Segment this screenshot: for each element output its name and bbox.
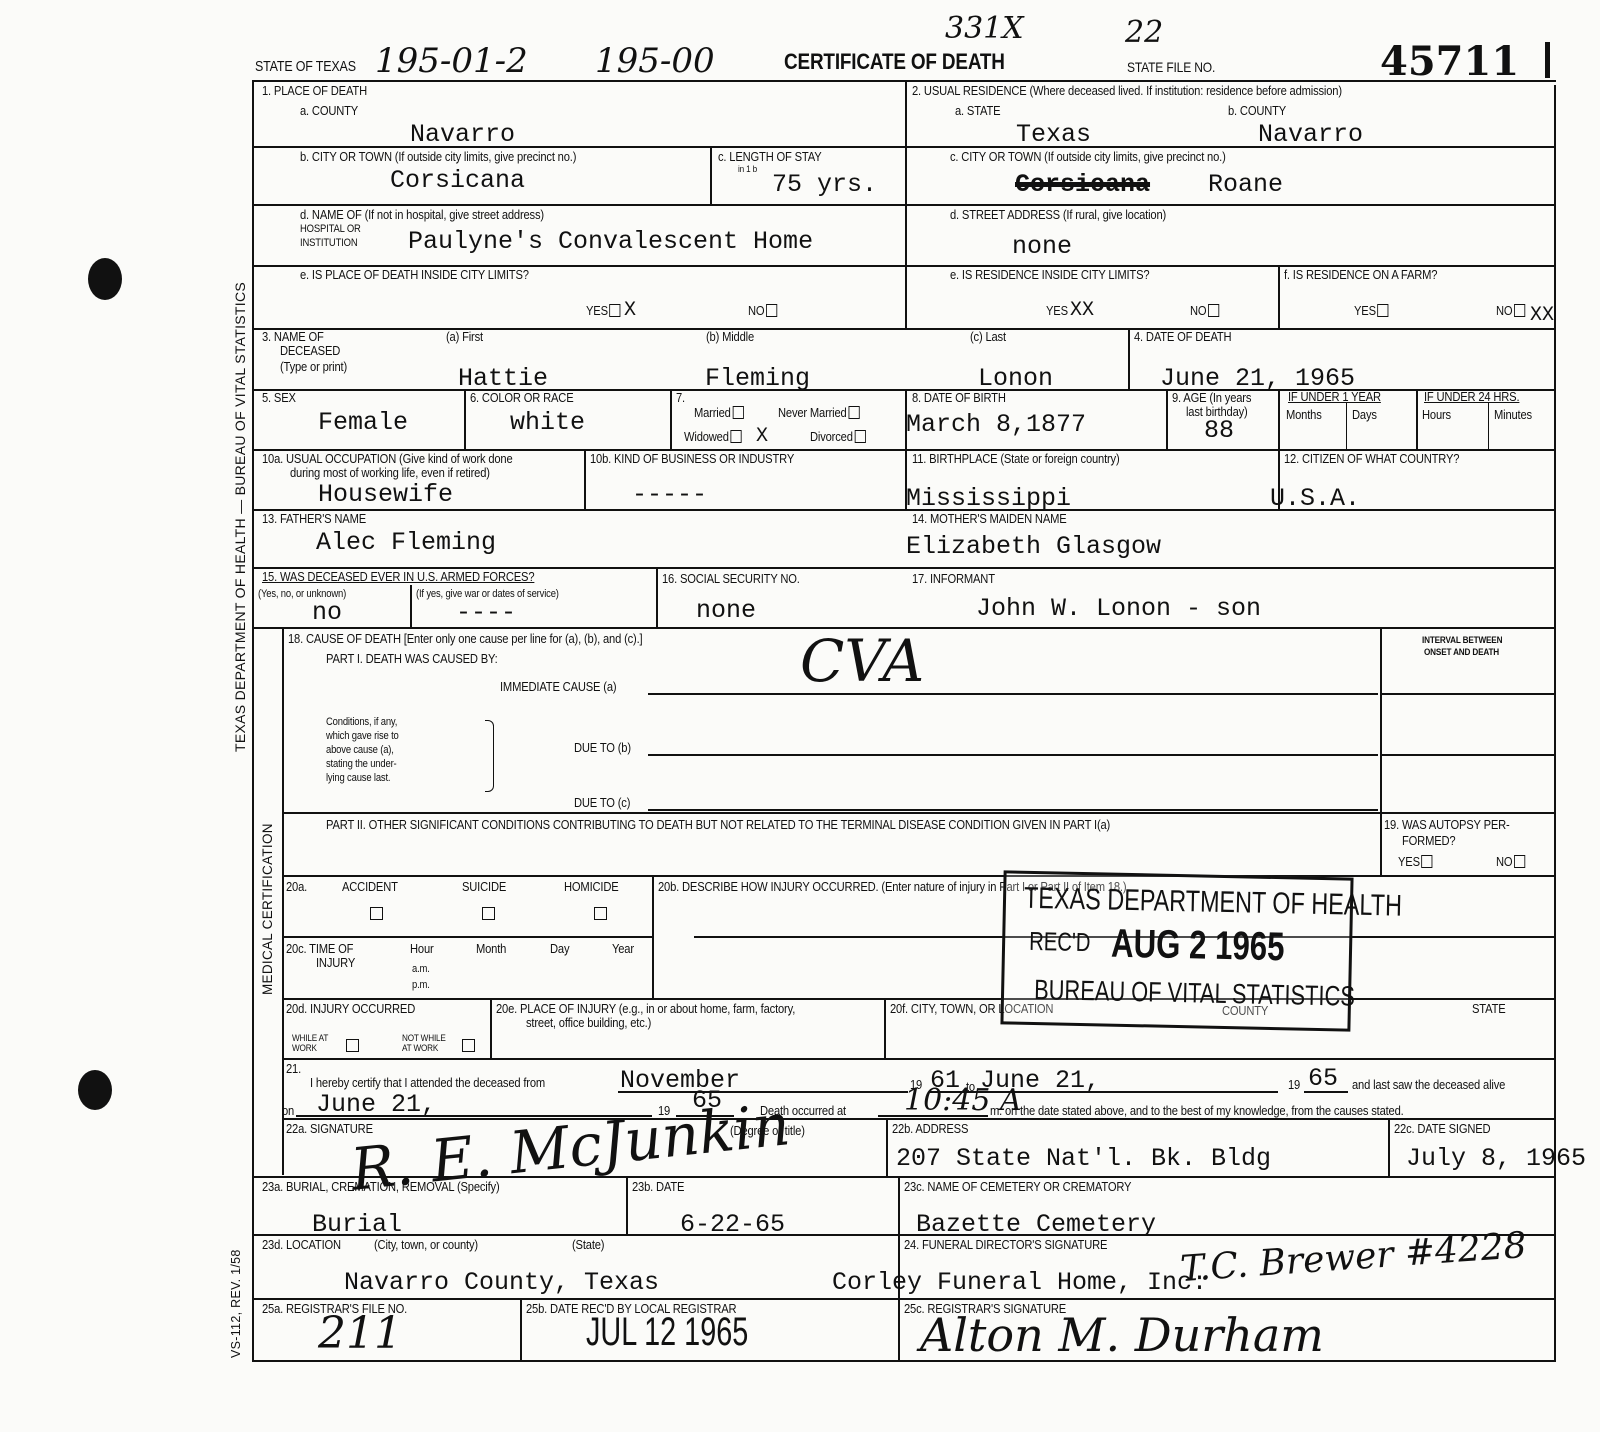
registrar-date-value: JUL 12 1965 xyxy=(586,1310,748,1355)
place-of-death-label: 1. PLACE OF DEATH xyxy=(262,84,367,98)
date-signed-value: July 8, 1965 xyxy=(1406,1146,1586,1171)
age-value: 88 xyxy=(1204,418,1234,443)
due-to-c-label: DUE TO (c) xyxy=(574,796,630,810)
location-value: Navarro County, Texas xyxy=(344,1270,659,1295)
race-value: white xyxy=(510,410,585,435)
burial-label: 23a. BURIAL, CREMATION, REMOVAL (Specify… xyxy=(262,1180,500,1194)
day-label: Day xyxy=(550,942,569,956)
farm-label: f. IS RESIDENCE ON A FARM? xyxy=(1284,268,1437,282)
time-label-1: 20c. TIME OF xyxy=(286,942,353,956)
handwritten-code-1: 195-01-2 xyxy=(375,44,528,78)
date-of-death-label: 4. DATE OF DEATH xyxy=(1134,330,1231,344)
middle-name-value: Fleming xyxy=(705,366,810,391)
punch-hole xyxy=(88,258,122,300)
citizen-label: 12. CITIZEN OF WHAT COUNTRY? xyxy=(1284,452,1459,466)
mother-label: 14. MOTHER'S MAIDEN NAME xyxy=(912,512,1067,526)
widowed-mark: X xyxy=(756,427,768,447)
autopsy-label-2: FORMED? xyxy=(1402,834,1455,848)
year-label: Year xyxy=(612,942,634,956)
age-label-1: 9. AGE (In years xyxy=(1172,391,1251,405)
location-sublabel: (City, town, or county) xyxy=(374,1238,478,1252)
side-text-form-id: VS-112, REV. 1/58 xyxy=(229,1249,243,1358)
months-label: Months xyxy=(1286,408,1322,422)
suicide-checkbox[interactable] xyxy=(480,906,495,924)
occupation-label-1: 10a. USUAL OCCUPATION (Give kind of work… xyxy=(262,452,513,466)
informant-value: John W. Lonon - son xyxy=(976,596,1261,621)
usual-residence-label: 2. USUAL RESIDENCE (Where deceased lived… xyxy=(912,84,1342,98)
injury-occurred-label: 20d. INJURY OCCURRED xyxy=(286,1002,415,1016)
hour-label: Hour xyxy=(410,942,434,956)
first-name-value: Hattie xyxy=(458,366,548,391)
month-label: Month xyxy=(476,942,506,956)
birthplace-value: Mississippi xyxy=(906,486,1071,511)
cert-text-1: I hereby certify that I attended the dec… xyxy=(310,1076,545,1090)
cert-text-3: m. on the date stated above, and to the … xyxy=(990,1104,1404,1118)
length-of-stay-label: c. LENGTH OF STAY xyxy=(718,150,822,164)
immediate-cause-value: CVA xyxy=(800,632,924,690)
state-sublabel: (State) xyxy=(572,1238,604,1252)
birthplace-label: 11. BIRTHPLACE (State or foreign country… xyxy=(912,452,1120,466)
address-label: 22b. ADDRESS xyxy=(892,1122,968,1136)
side-text-medical: MEDICAL CERTIFICATION xyxy=(260,823,275,995)
homicide-label: HOMICIDE xyxy=(564,880,619,894)
part2-label: PART II. OTHER SIGNIFICANT CONDITIONS CO… xyxy=(326,818,1110,832)
cert-to-year: 65 xyxy=(1308,1066,1338,1091)
armed-service-value: ---- xyxy=(456,600,516,625)
death-county-label: a. COUNTY xyxy=(300,104,358,118)
not-work-checkbox[interactable] xyxy=(460,1038,475,1056)
residence-street-value: none xyxy=(1012,234,1072,259)
occupation-value: Housewife xyxy=(318,482,453,507)
residence-inside-city-label: e. IS RESIDENCE INSIDE CITY LIMITS? xyxy=(950,268,1149,282)
hours-label: Hours xyxy=(1422,408,1451,422)
dob-value: March 8,1877 xyxy=(906,412,1086,437)
business-label: 10b. KIND OF BUSINESS OR INDUSTRY xyxy=(590,452,794,466)
conditions-text-1: Conditions, if any, xyxy=(326,717,397,729)
at-work-checkbox[interactable] xyxy=(344,1038,359,1056)
residence-inside-city-yes-mark: XX xyxy=(1070,301,1094,321)
state-file-number: 45711 xyxy=(1380,38,1519,85)
place-of-injury-label-1: 20e. PLACE OF INJURY (e.g., in or about … xyxy=(496,1002,795,1016)
suicide-label: SUICIDE xyxy=(462,880,506,894)
stamp-date: AUG 2 1965 xyxy=(1111,922,1285,971)
address-value: 207 State Nat'l. Bk. Bldg xyxy=(896,1146,1271,1171)
residence-city-struck: Corsicana xyxy=(1015,172,1150,197)
punch-hole xyxy=(78,1070,112,1110)
death-city-value: Corsicana xyxy=(390,168,525,193)
death-inside-city-label: e. IS PLACE OF DEATH INSIDE CITY LIMITS? xyxy=(300,268,529,282)
conditions-text-2: which gave rise to xyxy=(326,731,399,743)
state-label: STATE OF TEXAS xyxy=(255,60,356,75)
conditions-text-3: above cause (a), xyxy=(326,745,394,757)
last-name-value: Lonon xyxy=(978,366,1053,391)
autopsy-label-1: 19. WAS AUTOPSY PER- xyxy=(1384,818,1510,832)
father-label: 13. FATHER'S NAME xyxy=(262,512,366,526)
under-year-label: IF UNDER 1 YEAR xyxy=(1288,390,1381,404)
institution-label: d. NAME OF (If not in hospital, give str… xyxy=(300,208,544,222)
length-of-stay-sublabel: in 1 b xyxy=(738,165,757,175)
conditions-text-5: lying cause last. xyxy=(326,773,390,785)
stamp-recd: REC'D xyxy=(1029,926,1091,958)
stamp-line-1: TEXAS DEPARTMENT OF HEALTH xyxy=(1024,882,1403,924)
funeral-director-signature: T.C. Brewer #4228 xyxy=(1179,1228,1528,1288)
last-name-label: (c) Last xyxy=(970,330,1006,344)
farm-no[interactable]: NO xyxy=(1496,304,1525,318)
injury-state-label: STATE xyxy=(1472,1002,1506,1016)
ssn-value: none xyxy=(696,598,756,623)
residence-state-label: a. STATE xyxy=(955,104,1000,118)
disposition-date-label: 23b. DATE xyxy=(632,1180,684,1194)
funeral-home-value: Corley Funeral Home, Inc: xyxy=(832,1270,1207,1295)
name-label-1: 3. NAME OF xyxy=(262,330,324,344)
dob-label: 8. DATE OF BIRTH xyxy=(912,391,1006,405)
ssn-label: 16. SOCIAL SECURITY NO. xyxy=(662,572,800,586)
residence-inside-city-no[interactable]: NO xyxy=(1190,304,1219,318)
marital-label: 7. xyxy=(676,391,685,405)
state-file-label: STATE FILE NO. xyxy=(1127,60,1215,75)
sex-label: 5. SEX xyxy=(262,391,296,405)
widowed-checkbox[interactable]: Widowed xyxy=(684,430,742,444)
residence-inside-city-yes[interactable]: YES xyxy=(1046,304,1068,318)
residence-county-value: Navarro xyxy=(1258,122,1363,147)
bracket xyxy=(485,720,494,792)
residence-county-label: b. COUNTY xyxy=(1228,104,1286,118)
death-inside-city-yes-mark: X xyxy=(624,301,636,321)
certificate-title: CERTIFICATE OF DEATH xyxy=(784,50,1005,73)
race-label: 6. COLOR OR RACE xyxy=(470,391,573,405)
business-value: ----- xyxy=(632,482,707,507)
at-work-label-2: WORK xyxy=(292,1044,317,1054)
under-24-label: IF UNDER 24 HRS. xyxy=(1424,390,1519,404)
immediate-cause-label: IMMEDIATE CAUSE (a) xyxy=(500,680,616,694)
residence-state-value: Texas xyxy=(1016,122,1091,147)
death-county-value: Navarro xyxy=(410,122,515,147)
side-text-main: TEXAS DEPARTMENT OF HEALTH — BUREAU OF V… xyxy=(232,282,248,752)
cert-last-seen: June 21, xyxy=(316,1092,436,1117)
accident-label: ACCIDENT xyxy=(342,880,398,894)
date-of-death-value: June 21, 1965 xyxy=(1160,366,1355,391)
funeral-director-label: 24. FUNERAL DIRECTOR'S SIGNATURE xyxy=(904,1238,1107,1252)
mother-value: Elizabeth Glasgow xyxy=(906,534,1161,559)
sex-value: Female xyxy=(318,410,408,435)
armed-forces-label: 15. WAS DECEASED EVER IN U.S. ARMED FORC… xyxy=(262,570,534,584)
place-of-injury-label-2: street, office building, etc.) xyxy=(526,1016,651,1030)
registrar-signature: Alton M. Durham xyxy=(920,1312,1324,1358)
occupation-label-2: during most of working life, even if ret… xyxy=(290,466,490,480)
never-married-checkbox[interactable]: Never Married xyxy=(778,406,859,420)
institution-sublabel-2: INSTITUTION xyxy=(300,238,357,250)
time-label-2: INJURY xyxy=(316,956,355,970)
accident-checkbox[interactable] xyxy=(368,906,383,924)
conditions-text-4: stating the under- xyxy=(326,759,397,771)
name-label-2: DECEASED xyxy=(280,344,340,358)
farm-yes[interactable]: YES xyxy=(1354,304,1389,318)
name-label-3: (Type or print) xyxy=(280,360,347,374)
cert-text-2: and last saw the deceased alive xyxy=(1352,1078,1505,1092)
registrar-file-value: 211 xyxy=(318,1312,402,1356)
married-checkbox[interactable]: Married xyxy=(694,406,744,420)
location-label: 23d. LOCATION xyxy=(262,1238,341,1252)
death-inside-city-yes[interactable]: YES xyxy=(586,304,621,318)
not-work-label-2: AT WORK xyxy=(402,1044,438,1054)
citizen-value: U.S.A. xyxy=(1270,486,1360,511)
cert-year-prefix-2: 19 xyxy=(1288,1078,1300,1092)
informant-label: 17. INFORMANT xyxy=(912,572,995,586)
pm-label: p.m. xyxy=(412,980,430,992)
handwritten-code-2: 195-00 xyxy=(595,44,715,78)
cemetery-label: 23c. NAME OF CEMETERY OR CREMATORY xyxy=(904,1180,1131,1194)
part1-label: PART I. DEATH WAS CAUSED BY: xyxy=(326,652,498,666)
minutes-label: Minutes xyxy=(1494,408,1532,422)
interval-label-2: ONSET AND DEATH xyxy=(1424,648,1499,658)
homicide-checkbox[interactable] xyxy=(592,906,607,924)
cert-num: 21. xyxy=(286,1062,301,1076)
signature-label: 22a. SIGNATURE xyxy=(286,1122,373,1136)
first-name-label: (a) First xyxy=(446,330,483,344)
farm-no-mark: XX xyxy=(1530,306,1554,326)
autopsy-no[interactable]: NO xyxy=(1496,855,1525,869)
days-label: Days xyxy=(1352,408,1377,422)
father-value: Alec Fleming xyxy=(316,530,496,555)
handwritten-note-1: 331X xyxy=(945,14,1024,44)
death-city-label: b. CITY OR TOWN (If outside city limits,… xyxy=(300,150,576,164)
residence-city-label: c. CITY OR TOWN (If outside city limits,… xyxy=(950,150,1226,164)
am-label: a.m. xyxy=(412,964,430,976)
institution-value: Paulyne's Convalescent Home xyxy=(408,229,813,254)
interval-label-1: INTERVAL BETWEEN xyxy=(1422,636,1502,646)
received-stamp: TEXAS DEPARTMENT OF HEALTH REC'D AUG 2 1… xyxy=(1000,870,1353,1031)
date-signed-label: 22c. DATE SIGNED xyxy=(1394,1122,1490,1136)
residence-city-value: Roane xyxy=(1208,172,1283,197)
divorced-checkbox[interactable]: Divorced xyxy=(810,430,866,444)
length-of-stay-value: 75 yrs. xyxy=(772,172,877,197)
stamp-line-3: BUREAU OF VITAL STATISTICS xyxy=(1034,974,1355,1013)
armed-value: no xyxy=(312,600,342,625)
middle-name-label: (b) Middle xyxy=(706,330,754,344)
autopsy-yes[interactable]: YES xyxy=(1398,855,1433,869)
cert-from-value: November xyxy=(620,1068,740,1093)
cause-of-death-label: 18. CAUSE OF DEATH [Enter only one cause… xyxy=(288,632,642,646)
due-to-b-label: DUE TO (b) xyxy=(574,741,631,755)
cert-on-label: on xyxy=(282,1104,294,1118)
handwritten-note-2: 22 xyxy=(1125,18,1163,48)
death-inside-city-no[interactable]: NO xyxy=(748,304,777,318)
institution-sublabel-1: HOSPITAL OR xyxy=(300,224,361,236)
residence-street-label: d. STREET ADDRESS (If rural, give locati… xyxy=(950,208,1166,222)
injury-type-label: 20a. xyxy=(286,880,307,894)
